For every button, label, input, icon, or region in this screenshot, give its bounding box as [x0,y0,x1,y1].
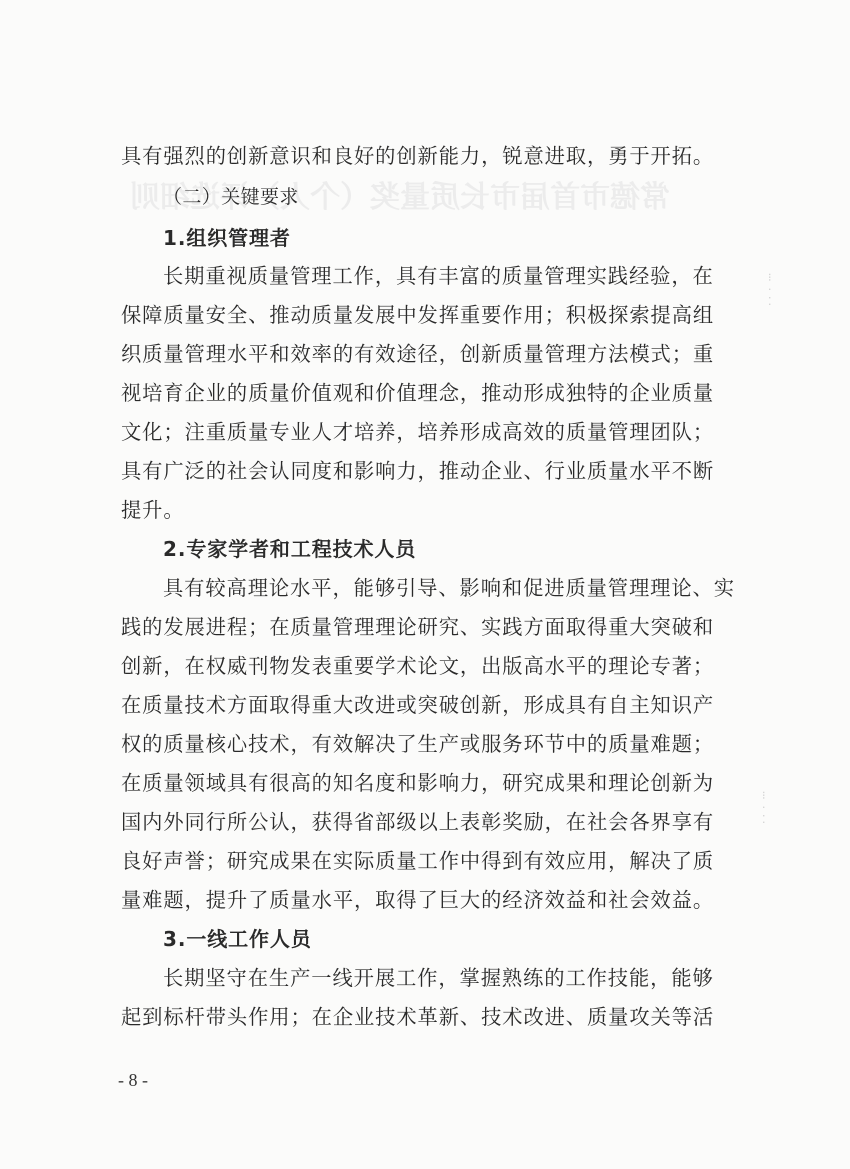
paragraph-line: 国内外同行所公认，获得省部级以上表彰奖励，在社会各界享有 [121,808,731,836]
paragraph-line: 在质量技术方面取得重大改进或突破创新，形成具有自主知识产 [121,691,731,719]
paragraph-line: 具有较高理论水平，能够引导、影响和促进质量管理理论、实 [163,574,731,602]
paragraph-line: 践的发展进程；在质量管理理论研究、实践方面取得重大突破和 [121,613,731,641]
paragraph-line: 视培育企业的质量价值观和价值理念，推动形成独特的企业质量 [121,379,731,407]
paragraph-line: 权的质量核心技术，有效解决了生产或服务环节中的质量难题； [121,730,731,758]
section-heading: （二）关键要求 [163,183,773,211]
paragraph-line: 文化；注重质量专业人才培养，培养形成高效的质量管理团队； [121,418,731,446]
paragraph-line: 量难题，提升了质量水平，取得了巨大的经济效益和社会效益。 [121,886,731,914]
paragraph-line: 长期重视质量管理工作，具有丰富的质量管理实践经验，在 [163,262,731,290]
scan-mark: ⁝·⁚ [762,790,766,826]
paragraph-line: 良好声誉；研究成果在实际质量工作中得到有效应用，解决了质 [121,847,731,875]
page-number: - 8 - [118,1070,148,1091]
paragraph-line: 织质量管理水平和效率的有效途径，创新质量管理方法模式；重 [121,340,731,368]
paragraph-line: 长期坚守在生产一线开展工作，掌握熟练的工作技能，能够 [163,964,731,992]
paragraph-line: 具有广泛的社会认同度和影响力，推动企业、行业质量水平不断 [121,457,731,485]
section-title-3: 3.一线工作人员 [163,925,731,953]
section-title-1: 1.组织管理者 [163,224,731,252]
paragraph-line: 起到标杆带头作用；在企业技术革新、技术改进、质量攻关等活 [121,1003,731,1031]
scan-mark: ⁝·⁚ [768,272,772,308]
paragraph-line: 提升。 [121,496,731,524]
document-page: 常德市首届市长质量奖（个人）评选细则 ⁝·⁚ ⁝·⁚ 具有强烈的创新意识和良好的… [0,0,850,1169]
paragraph-line: 创新，在权威刊物发表重要学术论文，出版高水平的理论专著； [121,652,731,680]
paragraph-line: 保障质量安全、推动质量发展中发挥重要作用；积极探索提高组 [121,301,731,329]
paragraph-line: 在质量领域具有很高的知名度和影响力，研究成果和理论创新为 [121,769,731,797]
section-title-2: 2.专家学者和工程技术人员 [163,535,731,563]
intro-line: 具有强烈的创新意识和良好的创新能力，锐意进取，勇于开拓。 [121,142,731,170]
